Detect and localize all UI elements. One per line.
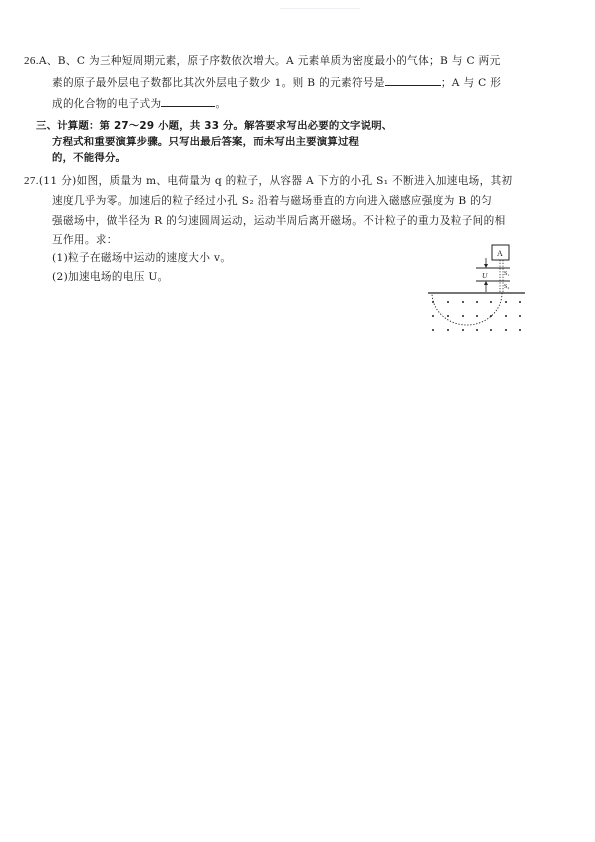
mass-spectrometer-diagram: A U S₁ S₂ <box>420 240 560 335</box>
q26-line-3: 成的化合物的电子式为。 <box>52 96 226 111</box>
q26-text-1: A、B、C 为三种短周期元素，原子序数依次增大。A 元素单质为密度最小的气体；B… <box>39 55 501 67</box>
section3-line-3: 的，不能得分。 <box>52 151 126 165</box>
semicircular-trajectory <box>432 293 502 325</box>
q26-text-3a: 成的化合物的电子式为 <box>52 98 161 110</box>
diagram-svg: A U S₁ S₂ <box>420 240 560 335</box>
hole-s2-label: S₂ <box>504 284 509 290</box>
answer-blank-electron-formula[interactable] <box>161 96 215 107</box>
section3-line-2: 方程式和重要演算步骤。只写出最后答案，而未写出主要演算过程 <box>52 135 359 149</box>
q26-text-2a: 素的原子最外层电子数都比其次外层电子数少 1。则 B 的元素符号是 <box>52 77 385 89</box>
section3-line-1: 三、计算题：第 27～29 小题，共 33 分。解答要求写出必要的文字说明、 <box>36 119 392 133</box>
hole-s1-label: S₁ <box>504 271 509 277</box>
voltage-label: U <box>482 271 488 280</box>
q27-text-1: (11 分)如图，质量为 m、电荷量为 q 的粒子，从容器 A 下方的小孔 S₁… <box>39 175 513 187</box>
q27-line-3: 强磁场中，做半径为 R 的匀速圆周运动，运动半周后离开磁场。不计粒子的重力及粒子… <box>52 214 506 228</box>
q27-line-1: 27.(11 分)如图，质量为 m、电荷量为 q 的粒子，从容器 A 下方的小孔… <box>24 174 512 188</box>
scan-artifact <box>280 8 360 9</box>
q26-text-3b: 。 <box>215 98 226 110</box>
q27-subquestion-1: (1)粒子在磁场中运动的速度大小 v。 <box>52 251 231 265</box>
q27-subquestion-2: (2)加速电场的电压 U。 <box>52 270 169 284</box>
q27-number: 27. <box>24 175 39 187</box>
q26-number: 26. <box>24 55 39 67</box>
answer-blank-b-symbol[interactable] <box>385 75 441 86</box>
q26-text-2b: ；A 与 C 形 <box>441 77 501 89</box>
q26-line-1: 26.A、B、C 为三种短周期元素，原子序数依次增大。A 元素单质为密度最小的气… <box>24 54 501 68</box>
q27-line-2: 速度几乎为零。加速后的粒子经过小孔 S₂ 沿着与磁场垂直的方向进入磁感应强度为 … <box>52 194 492 208</box>
q27-line-4: 互作用。求： <box>52 233 118 247</box>
container-a-label: A <box>497 249 503 258</box>
q26-line-2: 素的原子最外层电子数都比其次外层电子数少 1。则 B 的元素符号是；A 与 C … <box>52 75 501 90</box>
magnetic-field-dots <box>432 301 521 331</box>
